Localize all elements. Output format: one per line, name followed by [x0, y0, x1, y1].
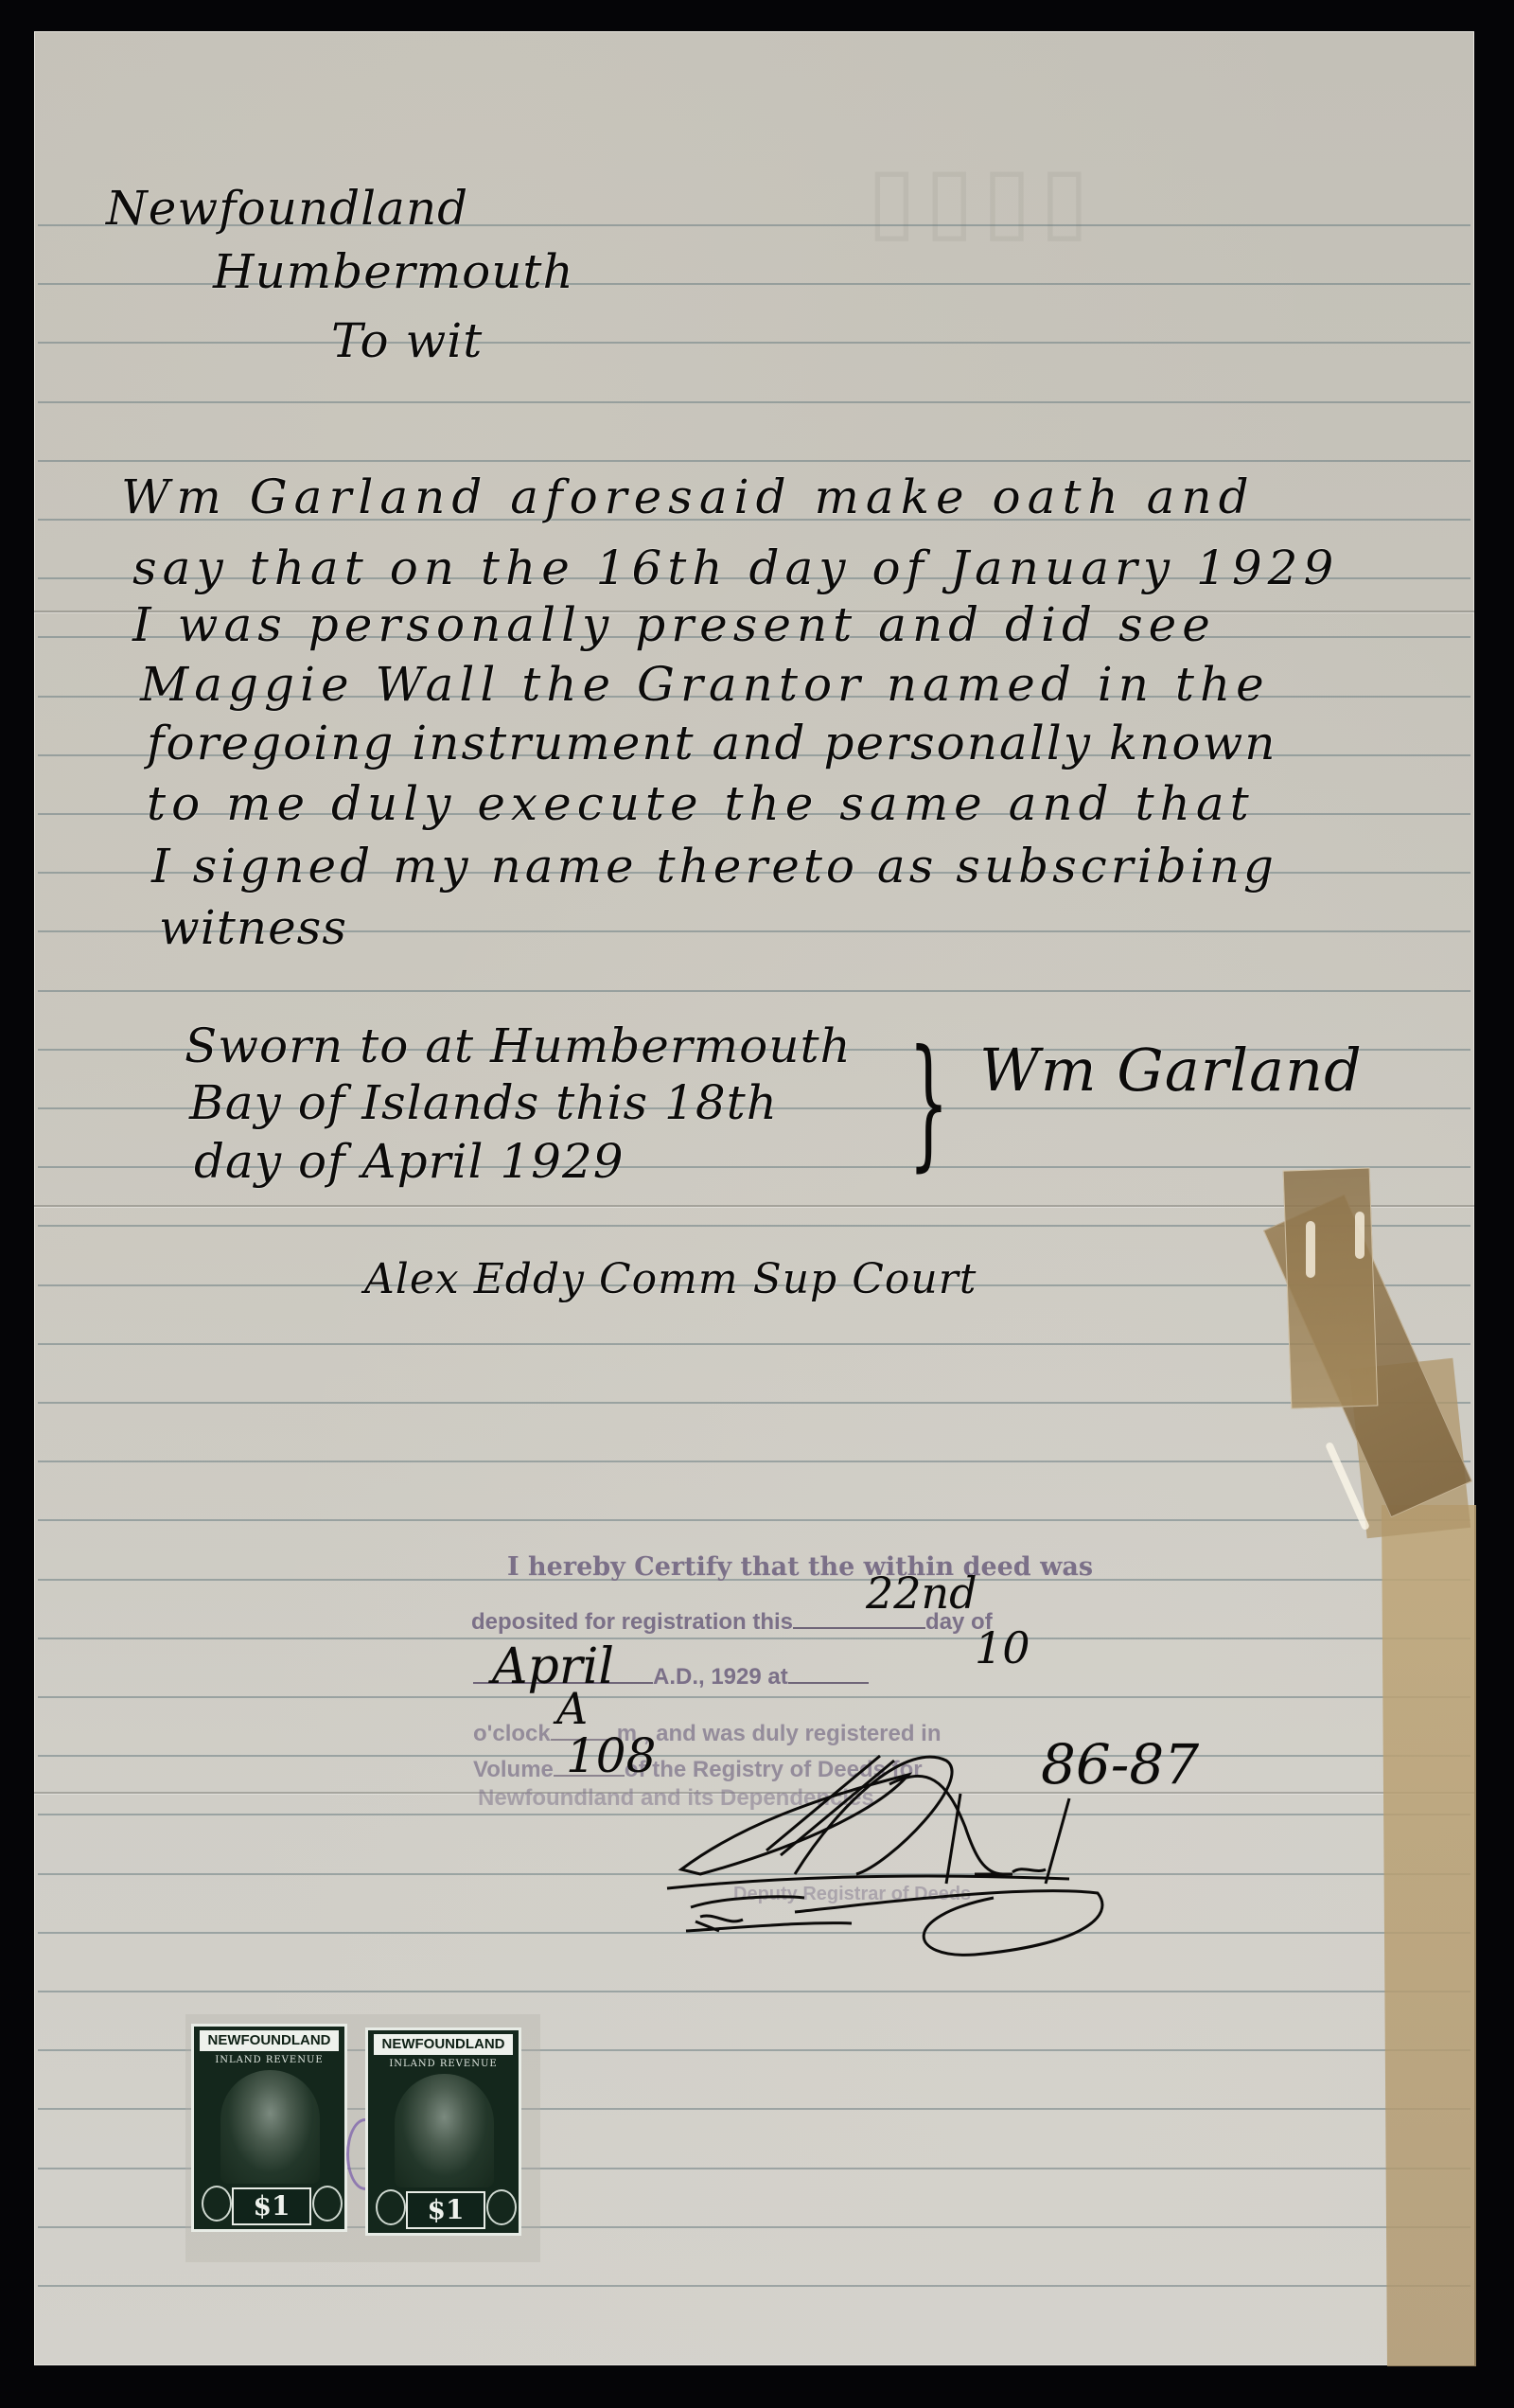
heading-line-3: To wit: [331, 317, 483, 364]
registrar-signature: [662, 1742, 1230, 1959]
ornament-icon: [312, 2186, 343, 2222]
filled-volume: 108: [566, 1732, 656, 1779]
tape-strip-vertical: [1382, 1505, 1476, 2366]
body-line-2: say that on the 16th day of January 1929: [132, 544, 1339, 592]
king-portrait-icon: [220, 2070, 320, 2184]
fold-crease: [34, 1205, 1474, 1207]
stamp-issue: INLAND REVENUE: [368, 2059, 519, 2069]
jurat-brace: }: [908, 1032, 949, 1174]
stamp-country: NEWFOUNDLAND: [200, 2030, 339, 2051]
tape-glare: [1306, 1221, 1315, 1278]
ruled-line: [38, 1343, 1470, 1345]
stamp-issue: INLAND REVENUE: [194, 2055, 344, 2065]
revenue-stamp: NEWFOUNDLAND INLAND REVENUE $1: [191, 2024, 347, 2232]
body-line-8: witness: [159, 904, 347, 951]
ornament-icon: [486, 2189, 517, 2225]
body-line-7: I signed my name thereto as subscribing: [151, 842, 1277, 890]
ornament-icon: [376, 2189, 406, 2225]
body-line-3: I was personally present and did see: [132, 601, 1216, 648]
filled-meridiem: A: [556, 1687, 588, 1730]
jurat-line-2: Bay of Islands this 18th: [189, 1079, 778, 1126]
jurat-line-3: day of April 1929: [194, 1138, 625, 1185]
body-line-5: foregoing instrument and personally know…: [147, 719, 1276, 767]
ruled-line: [38, 460, 1470, 462]
ruled-line: [38, 2285, 1470, 2287]
body-line-4: Maggie Wall the Grantor named in the: [140, 661, 1270, 708]
ruled-line: [38, 1225, 1470, 1227]
ruled-line: [38, 401, 1470, 403]
stamp-value: $1: [232, 2187, 311, 2225]
ruled-line: [38, 1461, 1470, 1462]
paper-watermark: ▯▯▯▯: [867, 145, 1097, 252]
ruled-line: [38, 1696, 1470, 1698]
tape-piece-top: [1283, 1167, 1379, 1408]
ornament-icon: [202, 2186, 232, 2222]
deponent-signature: Wm Garland: [979, 1041, 1363, 1100]
commissioner-signature: Alex Eddy Comm Sup Court: [364, 1259, 977, 1301]
body-line-1: Wm Garland aforesaid make oath and: [121, 473, 1256, 521]
ruled-line: [38, 990, 1470, 992]
ruled-line: [38, 1638, 1470, 1639]
ruled-line: [38, 1991, 1470, 1992]
stamp-line-1: I hereby Certify that the within deed wa…: [507, 1552, 1093, 1582]
ruled-line: [38, 342, 1470, 344]
filled-hour: 10: [975, 1626, 1030, 1670]
filled-month: April: [492, 1642, 614, 1691]
stamp-country: NEWFOUNDLAND: [374, 2034, 513, 2055]
stamp-line-4-prefix: o'clock: [473, 1721, 551, 1746]
ruled-line: [38, 1519, 1470, 1521]
stamp-line-2-prefix: deposited for registration this: [471, 1609, 793, 1635]
ruled-line: [38, 1402, 1470, 1404]
revenue-stamp: NEWFOUNDLAND INLAND REVENUE $1: [365, 2027, 521, 2236]
king-portrait-icon: [395, 2074, 494, 2187]
heading-line-1: Newfoundland: [106, 185, 468, 232]
heading-line-2: Humbermouth: [213, 248, 574, 295]
stamp-value: $1: [406, 2191, 485, 2229]
tape-glare: [1355, 1212, 1364, 1259]
revenue-stamps: NEWFOUNDLAND INLAND REVENUE $1 NEWFOUNDL…: [185, 2014, 540, 2262]
stamp-line-5-prefix: Volume: [473, 1757, 554, 1782]
stamp-line-3-mid: A.D., 1929 at: [653, 1664, 788, 1690]
jurat-line-1: Sworn to at Humbermouth: [185, 1022, 852, 1070]
body-line-6: to me duly execute the same and that: [147, 780, 1255, 827]
filled-day: 22nd: [866, 1571, 977, 1615]
